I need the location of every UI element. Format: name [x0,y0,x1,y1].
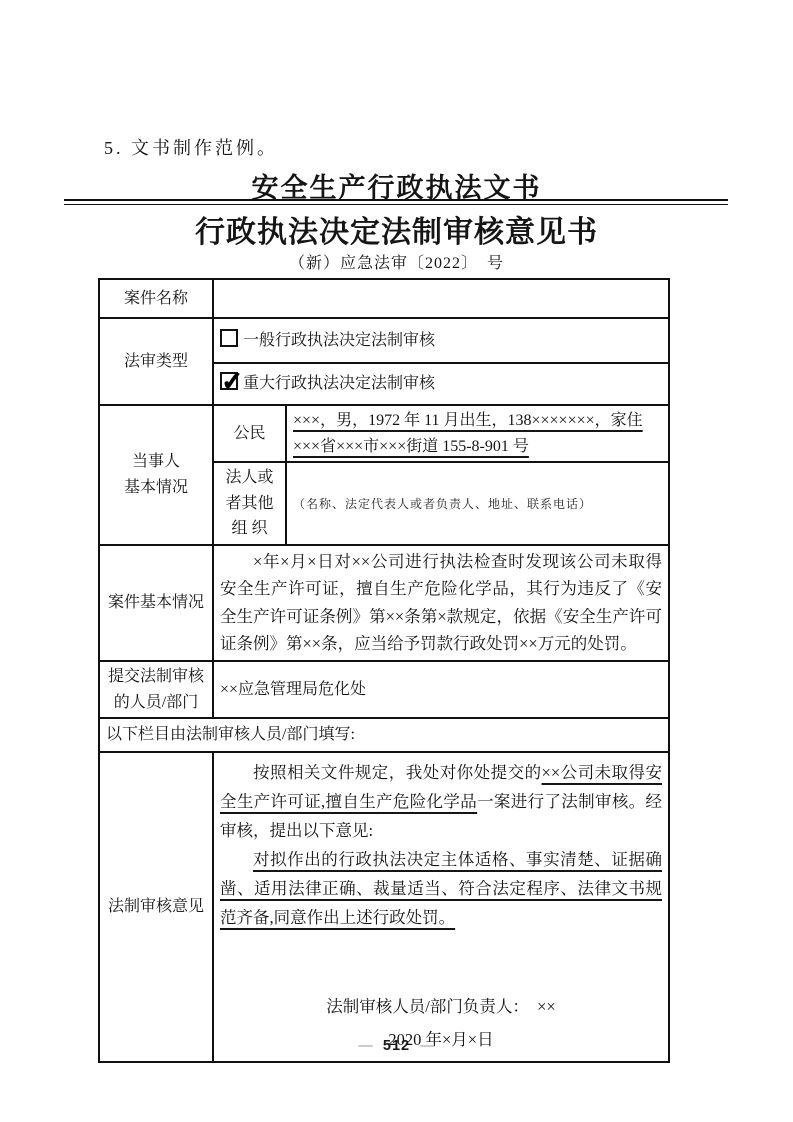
review-opinion-label: 法制审核意见 [99,752,213,1062]
section-heading: 5. 文书制作范例。 [104,134,278,160]
opinion-p1-pre: 按照相关文件规定，我处对你处提交的 [253,763,542,782]
review-type-option-general-label: 一般行政执法决定法制审核 [243,332,435,349]
case-details-text: ×年×月×日对××公司进行执法检查时发现该公司未取得安全生产许可证，擅自生产危险… [220,548,662,658]
case-name-value [213,279,669,318]
opinion-paragraph-1: 按照相关文件规定，我处对你处提交的××公司未取得安全生产许可证,擅自生产危险化学… [220,758,662,845]
table-row: 提交法制审核 的人员/部门 ××应急管理局危化处 [99,661,669,718]
document-page: 5. 文书制作范例。 安全生产行政执法文书 行政执法决定法制审核意见书 （新）应… [0,0,793,1122]
citizen-value-text: ×××，男，1972 年 11 月出生，138×××××××，家住×××省×××… [293,412,643,455]
header-divider-rule [64,199,728,205]
signer-line: 法制审核人员/部门负责人： ×× [220,990,662,1023]
submitter-label: 提交法制审核 的人员/部门 [99,661,213,718]
filled-by-note: 以下栏目由法制审核人员/部门填写: [99,718,669,752]
page-footer: —512— [0,1038,793,1054]
case-details-value: ×年×月×日对××公司进行执法检查时发现该公司未取得安全生产许可证，擅自生产危险… [213,545,669,661]
table-row: 法制审核意见 按照相关文件规定，我处对你处提交的××公司未取得安全生产许可证,擅… [99,752,669,1062]
submitter-value: ××应急管理局危化处 [213,661,669,718]
party-info-label: 当事人 基本情况 [99,405,213,545]
document-number: （新）应急法审〔2022〕 号 [0,250,793,273]
review-form-table: 案件名称 法审类型 一般行政执法决定法制审核 重大行政执法决定法制审核 当事人 … [98,278,670,1063]
review-type-label: 法审类型 [99,318,213,405]
organization-value: （名称、法定代表人或者负责人、地址、联系电话） [286,462,669,545]
organization-hint-text: （名称、法定代表人或者负责人、地址、联系电话） [293,497,592,511]
document-title: 行政执法决定法制审核意见书 [0,207,793,251]
citizen-value: ×××，男，1972 年 11 月出生，138×××××××，家住×××省×××… [286,405,669,462]
table-row: 当事人 基本情况 公民 ×××，男，1972 年 11 月出生，138×××××… [99,405,669,462]
review-type-option-major: 重大行政执法决定法制审核 [213,363,669,405]
table-row: 法审类型 一般行政执法决定法制审核 [99,318,669,363]
organization-label: 法人或 者其他 组 织 [213,462,286,545]
footer-left-dash: — [358,1038,373,1054]
checkbox-unchecked-icon[interactable] [220,329,238,347]
table-row: 案件名称 [99,279,669,318]
review-opinion-value: 按照相关文件规定，我处对你处提交的××公司未取得安全生产许可证,擅自生产危险化学… [213,752,669,1062]
review-type-option-major-label: 重大行政执法决定法制审核 [243,375,435,392]
table-row: 案件基本情况 ×年×月×日对××公司进行执法检查时发现该公司未取得安全生产许可证… [99,545,669,661]
citizen-label: 公民 [213,405,286,462]
opinion-p2-underlined: 对拟作出的行政执法决定主体适格、事实清楚、证据确凿、适用法律正确、裁量适当、符合… [220,850,662,927]
footer-right-dash: — [420,1038,435,1054]
case-details-label: 案件基本情况 [99,545,213,661]
page-number: 512 [383,1038,410,1054]
table-row: 以下栏目由法制审核人员/部门填写: [99,718,669,752]
case-name-label: 案件名称 [99,279,213,318]
review-type-option-general: 一般行政执法决定法制审核 [213,318,669,363]
opinion-paragraph-2: 对拟作出的行政执法决定主体适格、事实清楚、证据确凿、适用法律正确、裁量适当、符合… [220,845,662,932]
checkbox-checked-icon[interactable] [220,372,238,390]
